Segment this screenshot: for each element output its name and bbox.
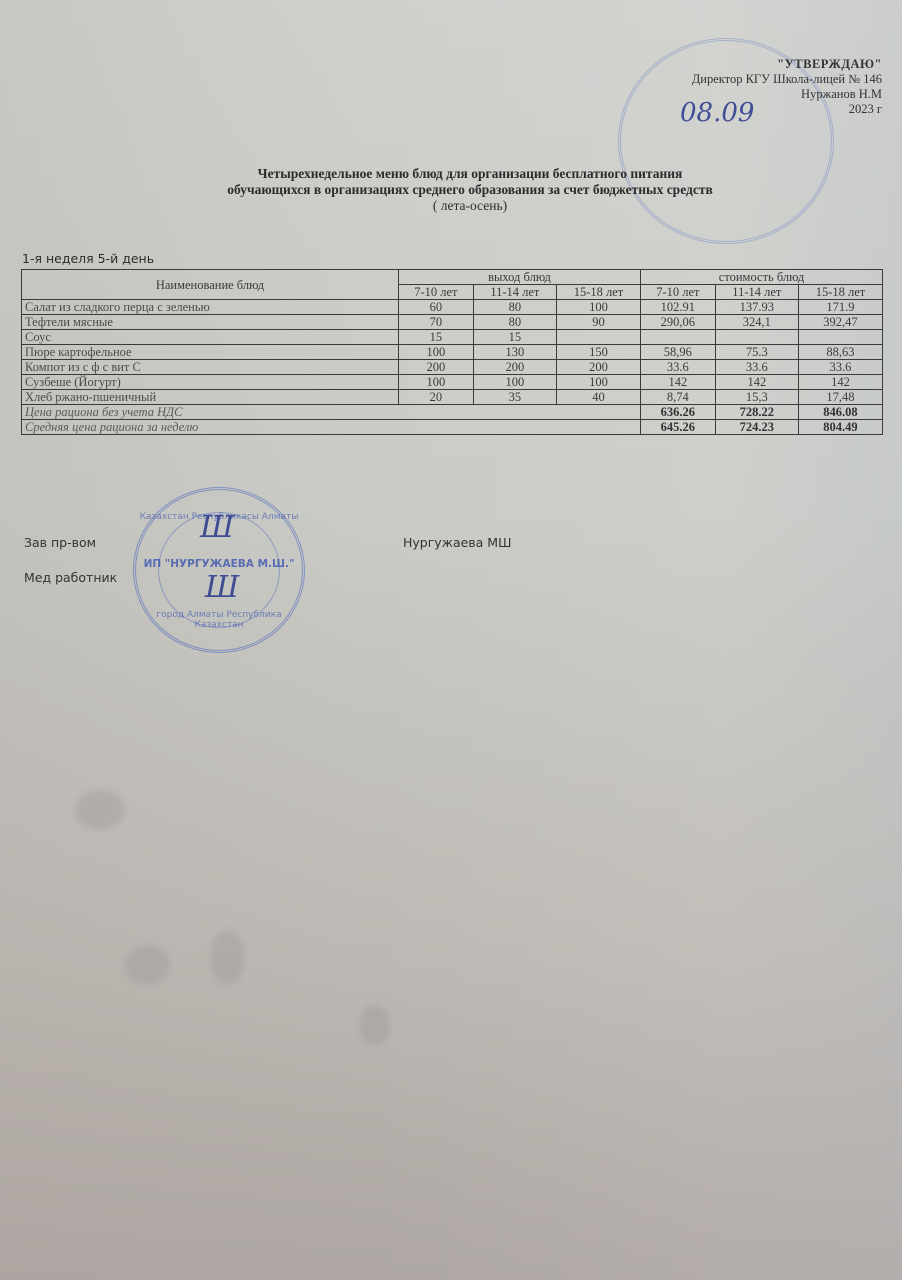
- director-signature: 08.09: [680, 98, 754, 128]
- table-row: Соус1515: [22, 330, 883, 345]
- total-label: Цена рациона без учета НДС: [22, 405, 641, 420]
- dish-name: Пюре картофельное: [22, 345, 399, 360]
- title-line-3: ( лета-осень): [100, 198, 840, 214]
- output-cell: 90: [557, 315, 641, 330]
- output-cell: 200: [399, 360, 474, 375]
- cost-cell: 75.3: [715, 345, 798, 360]
- handwritten-signature-2: Ш: [205, 570, 239, 605]
- header-age-group: 15-18 лет: [557, 285, 641, 300]
- approval-heading: "УТВЕРЖДАЮ": [692, 57, 882, 72]
- total-value: 804.49: [798, 420, 882, 435]
- total-value: 636.26: [640, 405, 715, 420]
- cost-cell: 290,06: [640, 315, 715, 330]
- output-cell: 100: [399, 345, 474, 360]
- cost-cell: [798, 330, 882, 345]
- output-cell: 200: [473, 360, 556, 375]
- cost-cell: 171.9: [798, 300, 882, 315]
- approval-position: Директор КГУ Школа-лицей № 146: [692, 72, 882, 87]
- cost-cell: 102.91: [640, 300, 715, 315]
- title-line-2: обучающихся в организациях среднего обра…: [100, 182, 840, 198]
- total-value: 846.08: [798, 405, 882, 420]
- output-cell: 80: [473, 300, 556, 315]
- header-age-group: 7-10 лет: [399, 285, 474, 300]
- output-cell: 100: [399, 375, 474, 390]
- signature-role-production: Зав пр-вом: [24, 535, 96, 550]
- cost-cell: 8,74: [640, 390, 715, 405]
- header-output: выход блюд: [399, 270, 641, 285]
- output-cell: 35: [473, 390, 556, 405]
- header-cost: стоимость блюд: [640, 270, 882, 285]
- table-row: Салат из сладкого перца с зеленью6080100…: [22, 300, 883, 315]
- signature-name-production: Нургужаева МШ: [403, 535, 511, 550]
- paper-stain: [125, 945, 170, 985]
- cost-cell: 392,47: [798, 315, 882, 330]
- total-row: Средняя цена рациона за неделю645.26724.…: [22, 420, 883, 435]
- week-day-label: 1-я неделя 5-й день: [22, 251, 154, 266]
- cost-cell: [715, 330, 798, 345]
- output-cell: 70: [399, 315, 474, 330]
- paper-stain: [75, 790, 125, 830]
- output-cell: 100: [557, 375, 641, 390]
- cost-cell: 33.6: [715, 360, 798, 375]
- cost-cell: [640, 330, 715, 345]
- dish-name: Салат из сладкого перца с зеленью: [22, 300, 399, 315]
- total-row: Цена рациона без учета НДС636.26728.2284…: [22, 405, 883, 420]
- total-value: 728.22: [715, 405, 798, 420]
- signature-role-medical: Мед работник: [24, 570, 117, 585]
- title-line-1: Четырехнедельное меню блюд для организац…: [100, 166, 840, 182]
- output-cell: 100: [473, 375, 556, 390]
- cost-cell: 33.6: [640, 360, 715, 375]
- output-cell: 130: [473, 345, 556, 360]
- dish-name: Соус: [22, 330, 399, 345]
- dish-name: Компот из с ф с вит С: [22, 360, 399, 375]
- handwritten-signature-1: Ш: [200, 510, 234, 545]
- cost-cell: 17,48: [798, 390, 882, 405]
- table-row: Пюре картофельное10013015058,9675.388,63: [22, 345, 883, 360]
- cost-cell: 15,3: [715, 390, 798, 405]
- header-age-group: 11-14 лет: [473, 285, 556, 300]
- total-value: 724.23: [715, 420, 798, 435]
- paper-stain: [210, 930, 245, 985]
- cost-cell: 33.6: [798, 360, 882, 375]
- paper-stain: [360, 1005, 390, 1045]
- cost-cell: 142: [640, 375, 715, 390]
- document-title: Четырехнедельное меню блюд для организац…: [100, 166, 840, 214]
- output-cell: [557, 330, 641, 345]
- output-cell: 200: [557, 360, 641, 375]
- output-cell: 15: [399, 330, 474, 345]
- table-row: Хлеб ржано-пшеничный2035408,7415,317,48: [22, 390, 883, 405]
- cost-cell: 142: [715, 375, 798, 390]
- cost-cell: 142: [798, 375, 882, 390]
- total-value: 645.26: [640, 420, 715, 435]
- header-age-group: 7-10 лет: [640, 285, 715, 300]
- output-cell: 80: [473, 315, 556, 330]
- output-cell: 40: [557, 390, 641, 405]
- stamp-bottom-text: город Алматы Республика Казахстан: [136, 610, 302, 630]
- cost-cell: 88,63: [798, 345, 882, 360]
- dish-name: Сузбеше (Йогурт): [22, 375, 399, 390]
- output-cell: 20: [399, 390, 474, 405]
- table-row: Компот из с ф с вит С20020020033.633.633…: [22, 360, 883, 375]
- header-age-group: 11-14 лет: [715, 285, 798, 300]
- total-label: Средняя цена рациона за неделю: [22, 420, 641, 435]
- output-cell: 15: [473, 330, 556, 345]
- output-cell: 150: [557, 345, 641, 360]
- output-cell: 60: [399, 300, 474, 315]
- table-row: Сузбеше (Йогурт)100100100142142142: [22, 375, 883, 390]
- dish-name: Хлеб ржано-пшеничный: [22, 390, 399, 405]
- header-age-group: 15-18 лет: [798, 285, 882, 300]
- cost-cell: 324,1: [715, 315, 798, 330]
- cost-cell: 137.93: [715, 300, 798, 315]
- cost-cell: 58,96: [640, 345, 715, 360]
- table-row: Тефтели мясные708090290,06324,1392,47: [22, 315, 883, 330]
- header-dish-name: Наименование блюд: [22, 270, 399, 300]
- dish-name: Тефтели мясные: [22, 315, 399, 330]
- stamp-org-text: ИП "НУРГУЖАЕВА М.Ш.": [136, 558, 302, 570]
- menu-table: Наименование блюд выход блюд стоимость б…: [21, 269, 883, 435]
- output-cell: 100: [557, 300, 641, 315]
